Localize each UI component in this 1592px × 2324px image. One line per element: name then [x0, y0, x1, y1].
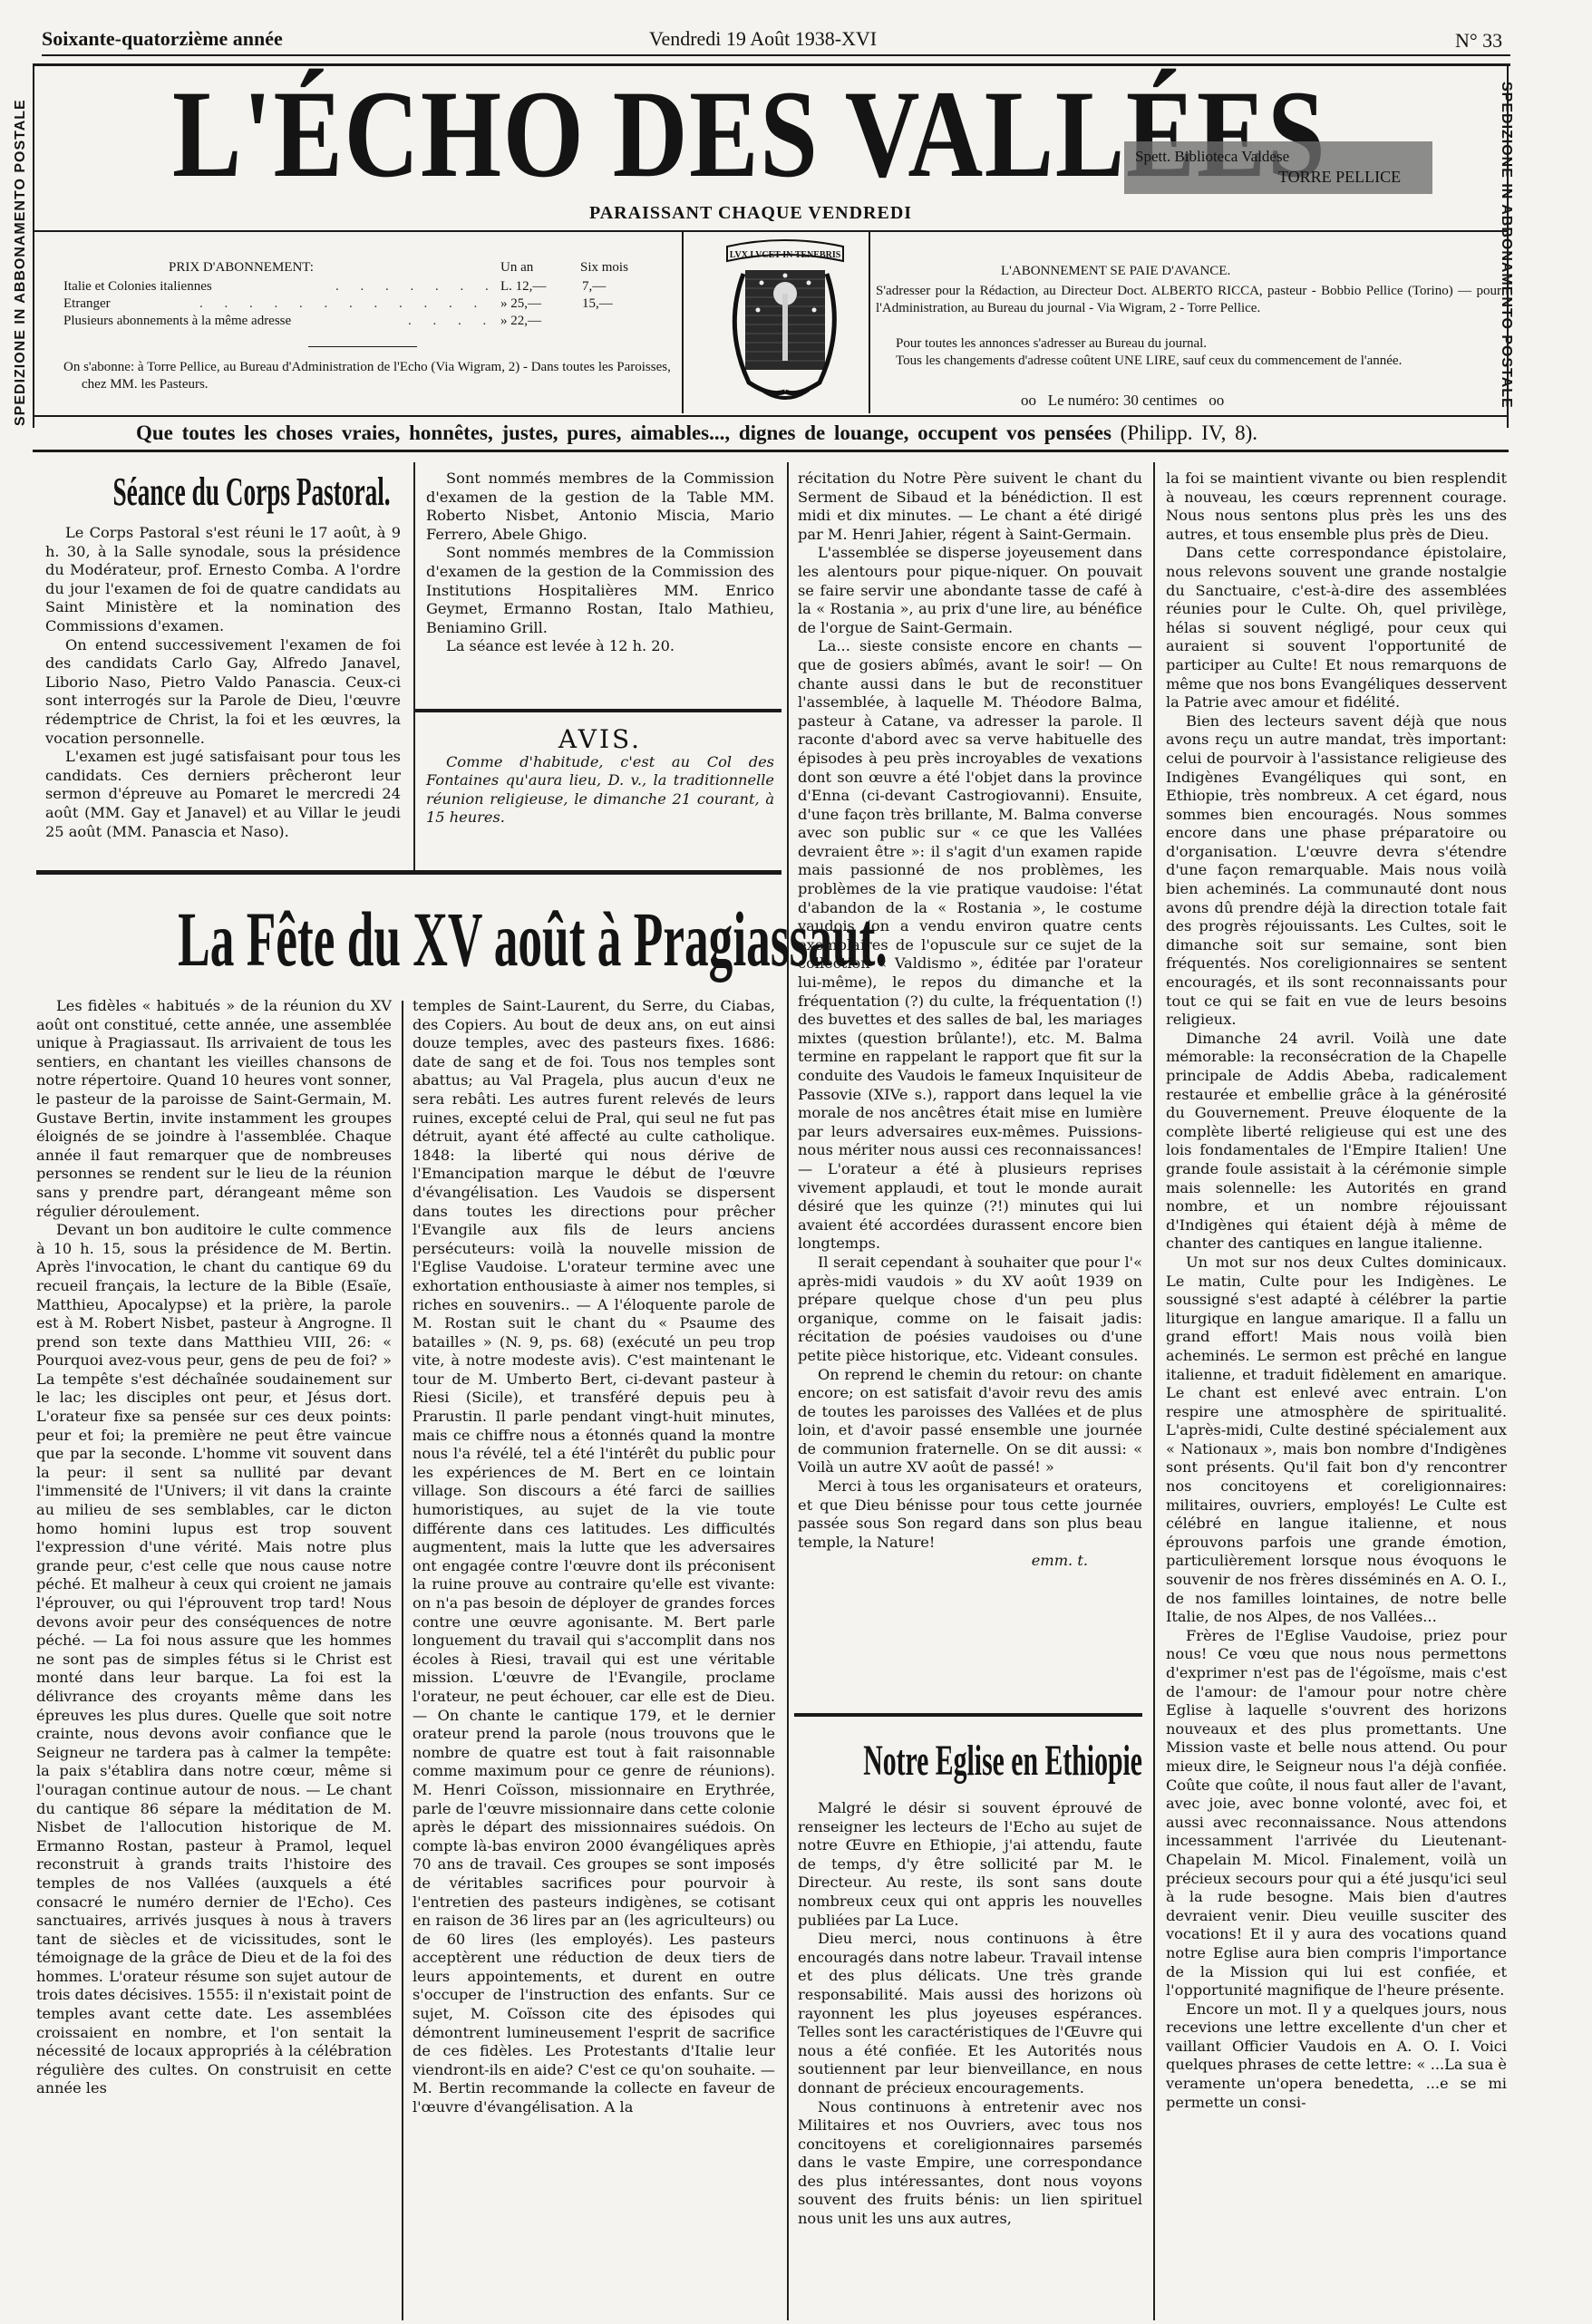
paragraph: Merci à tous les organisateurs et orateu…	[798, 1477, 1142, 1552]
tagline: PARAISSANT CHAQUE VENDREDI	[589, 203, 912, 224]
admin-annonces: Pour toutes les annonces s'adresser au B…	[876, 335, 1501, 353]
issue-number: N° 33	[1455, 29, 1502, 53]
svg-text:LVX LVCET IN TENEBRIS: LVX LVCET IN TENEBRIS	[730, 250, 841, 260]
paragraph: Encore un mot. Il y a quelques jours, no…	[1166, 2000, 1507, 2113]
side-label-left: SPEDIZIONE IN ABBONAMENTO POSTALE	[13, 99, 29, 426]
issue-date: Vendredi 19 Août 1938-XVI	[649, 27, 877, 51]
motto-text: Que toutes les choses vraies, honnêtes, …	[136, 421, 1111, 444]
paragraph: la foi se maintient vivante ou bien resp…	[1166, 470, 1507, 544]
article-signature: emm. t.	[798, 1552, 1142, 1571]
paragraph: Frères de l'Eglise Vaudoise, priez pour …	[1166, 1627, 1507, 2000]
price-table: Italie et Colonies italiennes. . . . . .…	[63, 278, 662, 330]
price-col-six: Six mois	[580, 259, 628, 276]
admin-changements: Tous les changements d'adresse coûtent U…	[876, 353, 1501, 370]
paragraph: L'examen est jugé satisfaisant pour tous…	[45, 748, 401, 841]
avis-title: AVIS.	[426, 731, 774, 750]
subscription-where: On s'abonne: à Torre Pellice, au Bureau …	[63, 359, 689, 393]
admin-redaction: S'adresser pour la Rédaction, au Directe…	[876, 283, 1501, 317]
article-fete-col1: Les fidèles « habitués » de la réunion d…	[36, 997, 392, 2316]
article-ethiopie: Notre Eglise en Ethiopie. Malgré le dési…	[798, 1727, 1142, 2316]
paragraph: Bien des lecteurs savent déjà que nous a…	[1166, 712, 1507, 1030]
article-title: Notre Eglise en Ethiopie.	[863, 1736, 1077, 1787]
price-row: Etranger. . . . . . . . . . . . » 25,— 1…	[63, 295, 662, 313]
article-fete-header: La Fête du XV août à Pragiassaut.	[36, 897, 781, 981]
paragraph: Malgré le désir si souvent éprouvé de re…	[798, 1799, 1142, 1930]
admin-heading: L'ABONNEMENT SE PAIE D'AVANCE.	[1001, 263, 1230, 280]
box-divider-right	[869, 232, 870, 413]
paragraph: L'assemblée se disperse joyeusement dans…	[798, 544, 1142, 637]
top-rule	[42, 54, 1510, 56]
paragraph: récitation du Notre Père suivent le chan…	[798, 470, 1142, 544]
paragraph: Devant un bon auditoire le culte commenc…	[36, 1221, 392, 2098]
paragraph: Nous continuons à entretenir avec nos Mi…	[798, 2098, 1142, 2229]
price-col-year: Un an	[500, 259, 533, 276]
year-label: Soixante-quatorzième année	[42, 27, 283, 51]
paragraph: Sont nommés membres de la Commission d'e…	[426, 544, 774, 637]
article-seance-cont: Sont nommés membres de la Commission d'e…	[426, 470, 774, 656]
column-divider	[413, 462, 415, 870]
motto-reference: (Philipp. IV, 8).	[1121, 421, 1257, 444]
section-rule	[36, 870, 781, 875]
motto: Que toutes les choses vraies, honnêtes, …	[136, 421, 1478, 445]
paragraph: Les fidèles « habitués » de la réunion d…	[36, 997, 392, 1221]
article-title: Séance du Corps Pastoral.	[112, 470, 333, 515]
paragraph: La séance est levée à 12 h. 20.	[426, 637, 774, 656]
article-avis: AVIS. Comme d'habitude, c'est au Col des…	[426, 721, 774, 828]
paragraph: La... sieste consiste encore en chants —…	[798, 637, 1142, 1254]
paragraph: Dieu merci, nous continuons à être encou…	[798, 1930, 1142, 2097]
address-stamp: Spett. Biblioteca Valdese TORRE PELLICE	[1124, 141, 1432, 194]
paragraph: Un mot sur nos deux Cultes dominicaux. L…	[1166, 1254, 1507, 1627]
paragraph: temples de Saint-Laurent, du Serre, du C…	[413, 997, 775, 2117]
candlestick-emblem-icon: LVX LVCET IN TENEBRIS	[707, 237, 861, 410]
article-title: La Fête du XV août à Pragiassaut.	[178, 897, 640, 981]
paragraph: Il serait cependant à souhaiter que pour…	[798, 1254, 1142, 1366]
frame-right	[1507, 65, 1509, 428]
column-divider	[402, 1001, 403, 2320]
section-rule	[415, 709, 781, 712]
article-seance: Séance du Corps Pastoral. Le Corps Pasto…	[45, 470, 401, 841]
paragraph: Dans cette correspondance épistolaire, n…	[1166, 544, 1507, 712]
paragraph: On reprend le chemin du retour: on chant…	[798, 1366, 1142, 1478]
column-divider	[787, 462, 789, 2320]
paragraph: Le Corps Pastoral s'est réuni le 17 août…	[45, 524, 401, 636]
emblem: LVX LVCET IN TENEBRIS	[707, 237, 861, 410]
price-heading: PRIX D'ABONNEMENT:	[169, 259, 314, 276]
motto-rule-top	[33, 415, 1509, 417]
paragraph: Comme d'habitude, c'est au Col des Fonta…	[426, 753, 774, 828]
newspaper-title: L'ÉCHO DES VALLÉES	[172, 71, 1226, 198]
stamp-line-1: Spett. Biblioteca Valdese	[1135, 149, 1289, 165]
price-row: Plusieurs abonnements à la même adresse.…	[63, 313, 662, 330]
column-divider	[1153, 462, 1155, 2320]
issue-price: oo Le numéro: 30 centimes oo	[1021, 392, 1224, 409]
article-fete-col2: temples de Saint-Laurent, du Serre, du C…	[413, 997, 775, 2316]
frame-left	[33, 65, 34, 428]
price-row: Italie et Colonies italiennes. . . . . .…	[63, 278, 662, 295]
masthead-rule	[33, 230, 1509, 232]
article-ethiopie-cont: la foi se maintient vivante ou bien resp…	[1166, 470, 1507, 2319]
paragraph: Sont nommés membres de la Commission d'e…	[426, 470, 774, 544]
section-rule	[794, 1713, 1142, 1717]
stamp-line-2: TORRE PELLICE	[1278, 169, 1401, 185]
price-divider	[308, 346, 417, 347]
paragraph: On entend successivement l'examen de foi…	[45, 636, 401, 749]
motto-rule-bottom	[33, 450, 1509, 452]
paragraph: Dimanche 24 avril. Voilà une date mémora…	[1166, 1030, 1507, 1254]
article-fete-col3: récitation du Notre Père suivent le chan…	[798, 470, 1142, 1571]
